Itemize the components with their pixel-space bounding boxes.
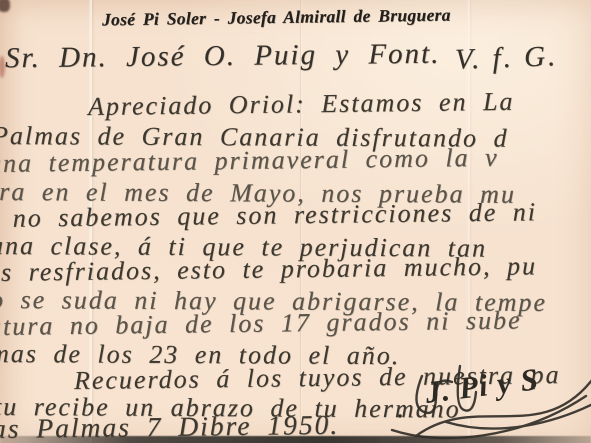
body-line: Apreciado Oriol: Estamos en La (88, 87, 515, 122)
body-line: l no sabemos que son restricciones de ni (0, 197, 537, 234)
body-line: una temperatura primaveral como la v (0, 143, 499, 179)
letter-scan: José Pi Soler - Josefa Almirall de Brugu… (0, 0, 591, 443)
addressee-name: Sr. Dn. José O. Puig y Font. (5, 38, 441, 76)
corner-smudge (0, 0, 10, 12)
annotation-writers: José Pi Soler - Josefa Almirall de Brugu… (102, 5, 451, 31)
signature-flourish-icon (388, 358, 591, 443)
scan-edge-shadow (0, 436, 591, 443)
addressee-initials: V. f. G. (454, 40, 558, 77)
body-line: os resfriados, esto te probaria mucho, p… (0, 251, 537, 288)
body-line: atura no baja de los 17 grados ni sube (0, 305, 522, 342)
